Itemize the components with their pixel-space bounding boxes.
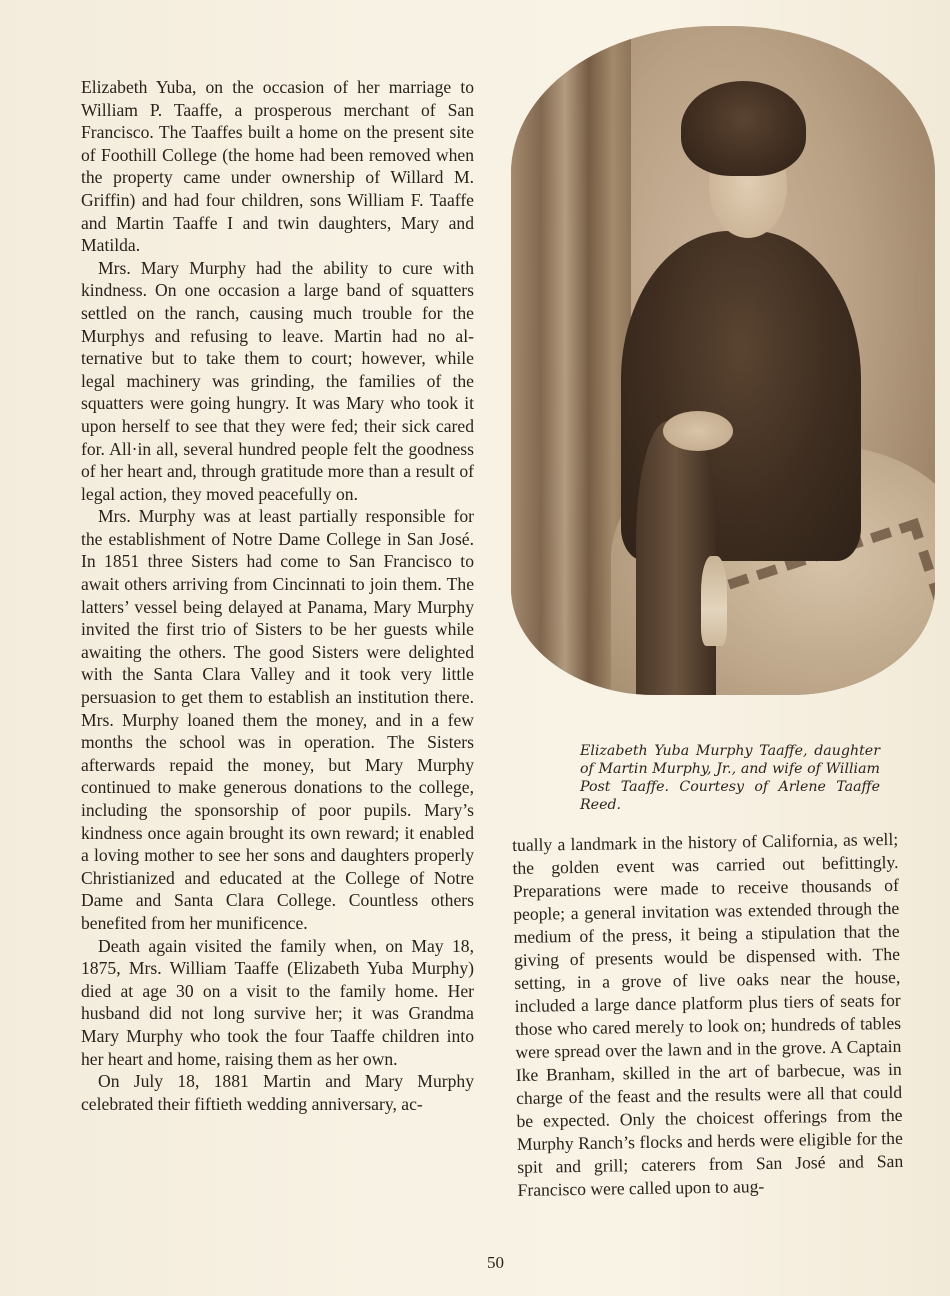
photo-hair bbox=[681, 81, 806, 176]
paragraph-squatters: Mrs. Mary Murphy had the ability to cure… bbox=[81, 257, 474, 506]
page-number: 50 bbox=[487, 1253, 504, 1273]
paragraph-death: Death again visited the family when, on … bbox=[81, 935, 474, 1071]
photo-caption: Elizabeth Yuba Murphy Taaffe, daughter o… bbox=[580, 742, 880, 814]
photo-tassel bbox=[701, 556, 727, 646]
photo-chair bbox=[636, 421, 716, 695]
book-page: Elizabeth Yuba, on the occasion of her m… bbox=[0, 0, 950, 1296]
paragraph-anniversary-continued: tually a landmark in the history of Cali… bbox=[512, 828, 904, 1202]
photo-hands bbox=[663, 411, 733, 451]
left-text-column: Elizabeth Yuba, on the occasion of her m… bbox=[81, 76, 474, 1115]
right-text-column: tually a landmark in the history of Cali… bbox=[512, 828, 904, 1202]
paragraph-marriage: Elizabeth Yuba, on the occasion of her m… bbox=[81, 76, 474, 257]
paragraph-notre-dame: Mrs. Murphy was at least partially respo… bbox=[81, 505, 474, 934]
portrait-photograph bbox=[511, 26, 935, 695]
paragraph-anniversary-start: On July 18, 1881 Martin and Mary Murphy … bbox=[81, 1070, 474, 1115]
